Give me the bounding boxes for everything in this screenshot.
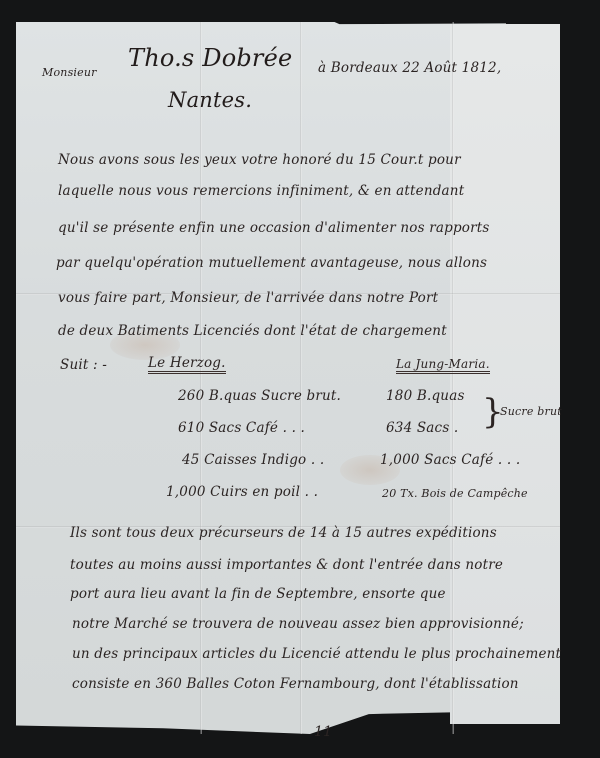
cargo-item: 1,000 Sacs Café . . . (380, 452, 520, 468)
recipient-name: Tho.s Dobrée (128, 44, 292, 72)
body-line: par quelqu'opération mutuellement avanta… (56, 255, 487, 271)
brace-label: Sucre brut (500, 405, 562, 418)
body-line: de deux Batiments Licenciés dont l'état … (58, 323, 447, 339)
recipient-city: Nantes. (168, 88, 252, 112)
cargo-item: 1,000 Cuirs en poil . . (166, 484, 318, 500)
cargo-item: 180 B.quas (386, 388, 465, 404)
body-line: notre Marché se trouvera de nouveau asse… (72, 616, 524, 632)
cargo-item: 634 Sacs . (386, 420, 458, 436)
body-line: un des principaux articles du Licencié a… (72, 646, 561, 662)
ship-name: La Jung-Maria. (396, 357, 490, 374)
body-line: consiste en 360 Balles Coton Fernambourg… (72, 676, 519, 692)
body-line: vous faire part, Monsieur, de l'arrivée … (58, 290, 438, 306)
body-line: toutes au moins aussi importantes & dont… (70, 557, 503, 573)
cargo-item: 260 B.quas Sucre brut. (178, 388, 341, 404)
body-line: Ils sont tous deux précurseurs de 14 à 1… (70, 525, 497, 541)
body-line: Nous avons sous les yeux votre honoré du… (58, 152, 461, 168)
cargo-item: 45 Caisses Indigo . . (182, 452, 324, 468)
body-line: laquelle nous vous remercions infiniment… (58, 183, 464, 199)
cargo-item: 610 Sacs Café . . . (178, 420, 305, 436)
page-mark: 11 (314, 724, 332, 740)
place-date: à Bordeaux 22 Août 1812, (318, 60, 501, 76)
cargo-intro: Suit : - (60, 357, 107, 373)
body-line: port aura lieu avant la fin de Septembre… (70, 586, 446, 602)
body-line: qu'il se présente enfin une occasion d'a… (58, 220, 490, 236)
cargo-item: 20 Tx. Bois de Campêche (382, 487, 528, 500)
ship-name: Le Herzog. (148, 355, 226, 374)
salutation: Monsieur (42, 66, 97, 79)
